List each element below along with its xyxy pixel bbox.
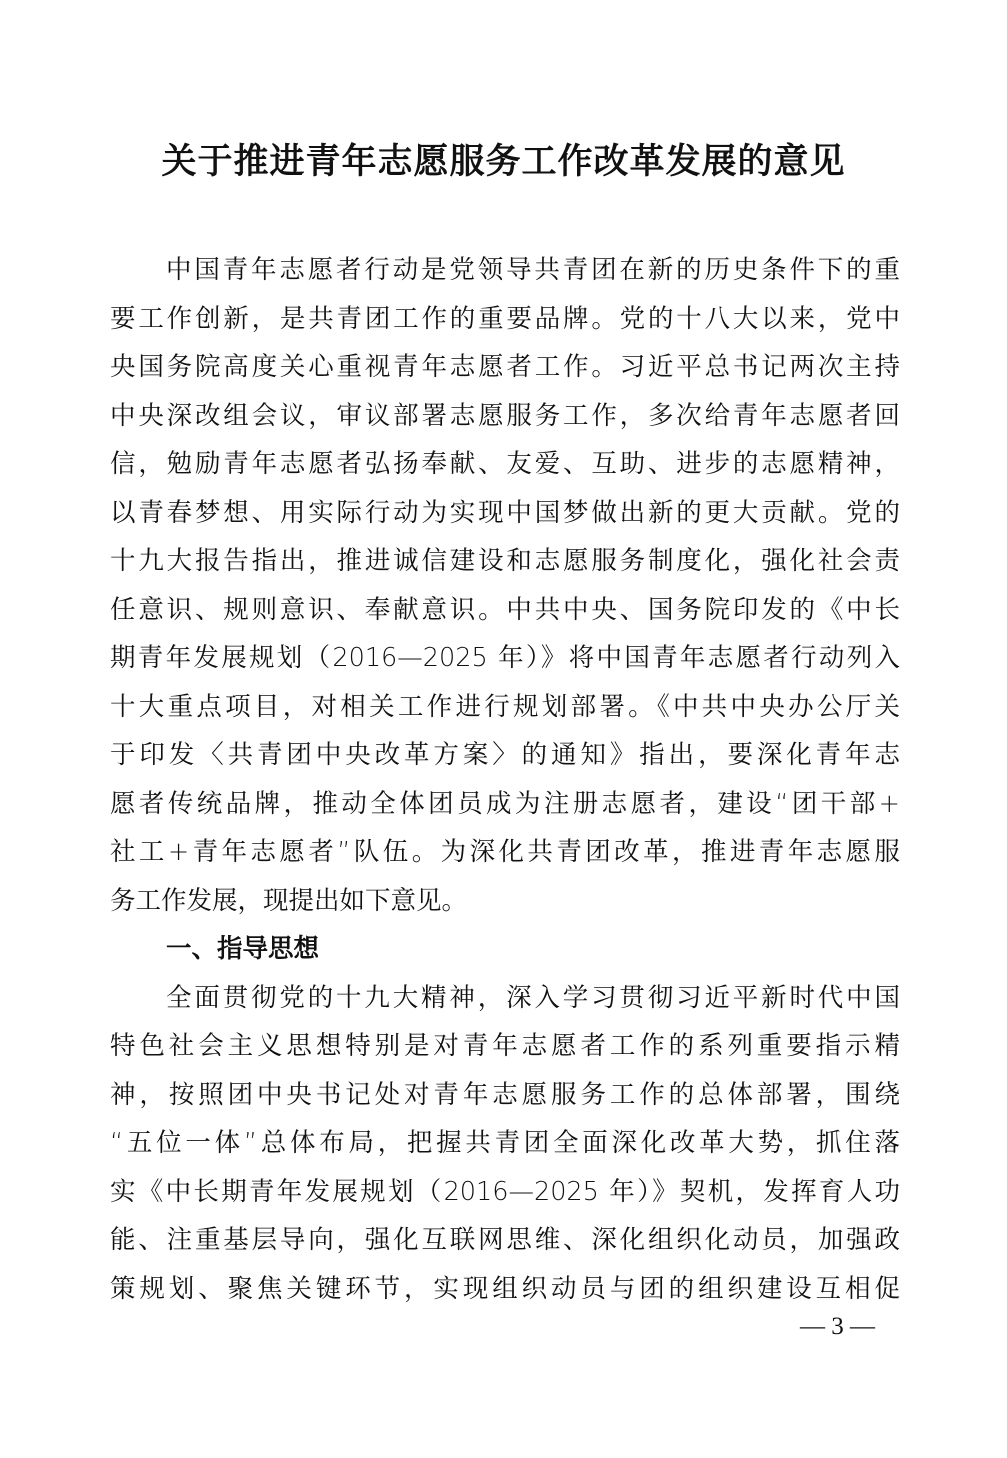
text-line: 中央深改组会议，审议部署志愿服务工作，多次给青年志愿者回	[110, 396, 900, 436]
text-line: 神，按照团中央书记处对青年志愿服务工作的总体部署，围绕	[110, 1075, 900, 1115]
text-line: 十九大报告指出，推进诚信建设和志愿服务制度化，强化社会责	[110, 541, 900, 581]
text-line: 愿者传统品牌，推动全体团员成为注册志愿者，建设“团干部+	[110, 784, 900, 824]
document-title: 关于推进青年志愿服务工作改革发展的意见	[0, 140, 1007, 184]
text-line: 社工+青年志愿者”队伍。为深化共青团改革，推进青年志愿服	[110, 832, 900, 872]
text-line: 全面贯彻党的十九大精神，深入学习贯彻习近平新时代中国	[110, 978, 900, 1018]
text-line: 于印发〈共青团中央改革方案〉的通知》指出，要深化青年志	[110, 735, 900, 775]
section-heading: 一、指导思想	[166, 929, 319, 969]
text-line: 能、注重基层导向，强化互联网思维、深化组织化动员，加强政	[110, 1220, 900, 1260]
text-line: 以青春梦想、用实际行动为实现中国梦做出新的更大贡献。党的	[110, 493, 900, 533]
text-line: 央国务院高度关心重视青年志愿者工作。习近平总书记两次主持	[110, 347, 900, 387]
text-line: 要工作创新，是共青团工作的重要品牌。党的十八大以来，党中	[110, 299, 900, 339]
text-line: 任意识、规则意识、奉献意识。中共中央、国务院印发的《中长	[110, 590, 900, 630]
text-line: 期青年发展规划（2016—2025 年）》将中国青年志愿者行动列入	[110, 638, 900, 678]
text-line: 十大重点项目，对相关工作进行规划部署。《中共中央办公厅关	[110, 687, 900, 727]
page-number: — 3 —	[800, 1313, 875, 1341]
text-line: 特色社会主义思想特别是对青年志愿者工作的系列重要指示精	[110, 1026, 900, 1066]
text-line: 实《中长期青年发展规划（2016—2025 年）》契机，发挥育人功	[110, 1172, 900, 1212]
text-line: “五位一体”总体布局，把握共青团全面深化改革大势，抓住落	[110, 1123, 900, 1163]
text-line: 务工作发展，现提出如下意见。	[110, 881, 900, 921]
text-line: 中国青年志愿者行动是党领导共青团在新的历史条件下的重	[110, 250, 900, 290]
text-line: 策规划、聚焦关键环节，实现组织动员与团的组织建设互相促	[110, 1269, 900, 1309]
text-line: 信，勉励青年志愿者弘扬奉献、友爱、互助、进步的志愿精神，	[110, 444, 900, 484]
